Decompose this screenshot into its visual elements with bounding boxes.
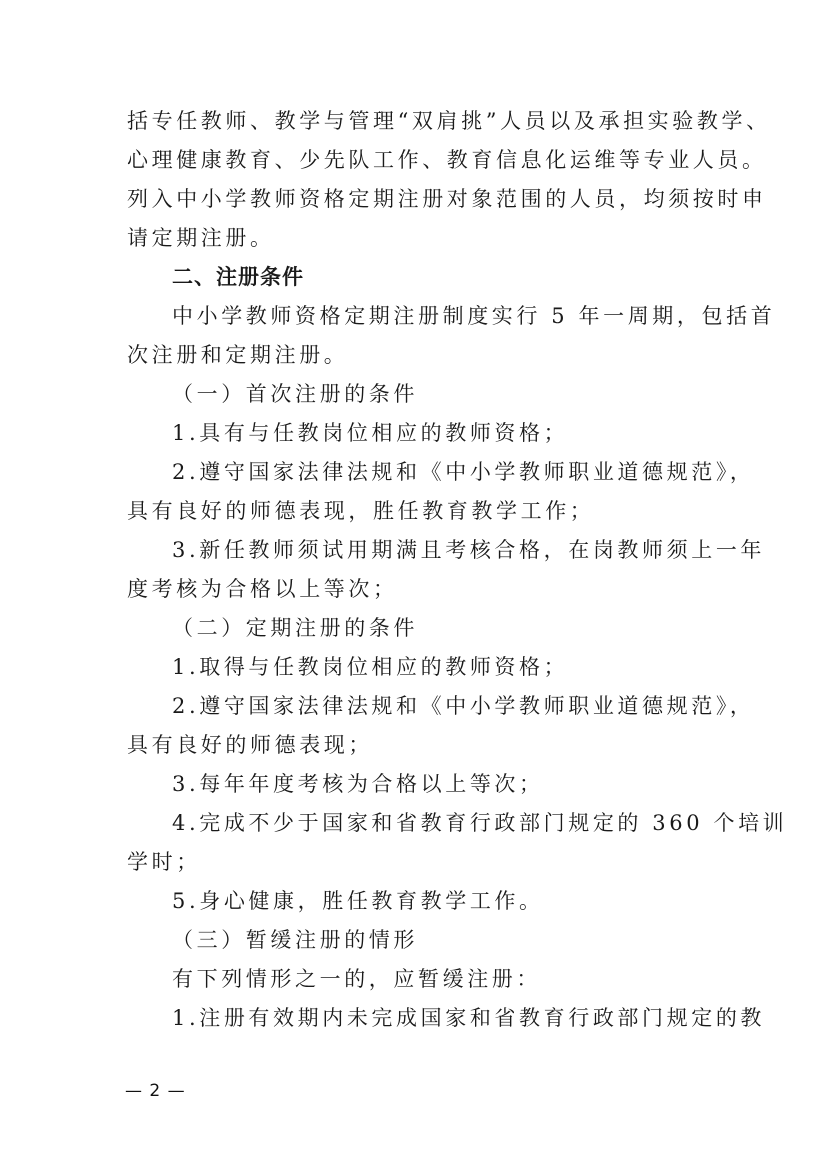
subsection-heading: （二）定期注册的条件	[127, 609, 702, 648]
text-line: 次注册和定期注册。	[127, 336, 702, 375]
document-page: 括专任教师、教学与管理“双肩挑”人员以及承担实验教学、 心理健康教育、少先队工作…	[0, 0, 827, 1169]
document-body: 括专任教师、教学与管理“双肩挑”人员以及承担实验教学、 心理健康教育、少先队工作…	[127, 102, 702, 1038]
text-line: 请定期注册。	[127, 219, 702, 258]
list-item: 1.取得与任教岗位相应的教师资格；	[127, 648, 702, 687]
list-item: 1.具有与任教岗位相应的教师资格；	[127, 414, 702, 453]
subsection-heading: （一）首次注册的条件	[127, 375, 702, 414]
list-item: 5.身心健康，胜任教育教学工作。	[127, 882, 702, 921]
text-line: 学时；	[127, 843, 702, 882]
list-item: 2.遵守国家法律法规和《中小学教师职业道德规范》，	[127, 453, 702, 492]
list-item: 4.完成不少于国家和省教育行政部门规定的 360 个培训	[127, 804, 702, 843]
list-item: 2.遵守国家法律法规和《中小学教师职业道德规范》，	[127, 687, 702, 726]
text-line: 中小学教师资格定期注册制度实行 5 年一周期，包括首	[127, 297, 702, 336]
text-line: 心理健康教育、少先队工作、教育信息化运维等专业人员。	[127, 141, 702, 180]
text-line: 具有良好的师德表现，胜任教育教学工作；	[127, 492, 702, 531]
text-line: 度考核为合格以上等次；	[127, 570, 702, 609]
text-line: 具有良好的师德表现；	[127, 726, 702, 765]
text-line: 括专任教师、教学与管理“双肩挑”人员以及承担实验教学、	[127, 102, 702, 141]
page-number: — 2 —	[125, 1081, 186, 1101]
text-line: 有下列情形之一的，应暂缓注册：	[127, 960, 702, 999]
section-heading: 二、注册条件	[127, 258, 702, 297]
list-item: 3.每年年度考核为合格以上等次；	[127, 765, 702, 804]
subsection-heading: （三）暂缓注册的情形	[127, 921, 702, 960]
text-line: 列入中小学教师资格定期注册对象范围的人员，均须按时申	[127, 180, 702, 219]
list-item: 1.注册有效期内未完成国家和省教育行政部门规定的教	[127, 999, 702, 1038]
list-item: 3.新任教师须试用期满且考核合格，在岗教师须上一年	[127, 531, 702, 570]
